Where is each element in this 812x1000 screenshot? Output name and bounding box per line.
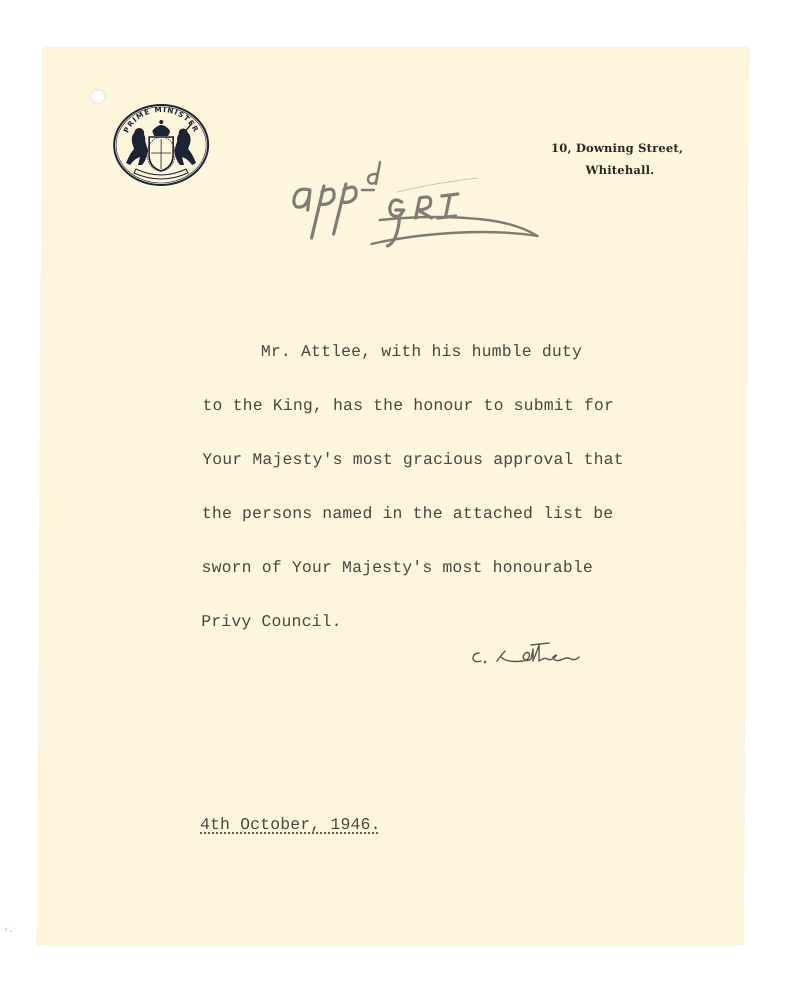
punch-hole	[90, 89, 105, 104]
letterhead-address: 10, Downing Street, Whitehall.	[542, 137, 692, 181]
body-line: to the King, has the honour to submit fo…	[202, 395, 624, 449]
letter-date: 4th October, 1946.	[200, 815, 381, 834]
letter-body: Mr. Attlee, with his humble duty to the …	[201, 341, 624, 665]
body-line: Your Majesty's most gracious approval th…	[202, 449, 624, 503]
signature-attlee: C R Attlee	[467, 637, 597, 671]
body-line: Mr. Attlee, with his humble duty	[203, 341, 625, 395]
address-line-street: 10, Downing Street,	[542, 137, 692, 159]
prime-minister-emblem-icon: PRIME MINISTER	[112, 103, 211, 187]
scan-smudge	[2, 925, 18, 935]
letter-sheet: PRIME MINISTER 10, Downing Street, White…	[37, 47, 748, 945]
address-line-district: Whitehall.	[542, 159, 692, 181]
body-line: sworn of Your Majesty's most honourable	[201, 557, 623, 611]
body-line: the persons named in the attached list b…	[202, 503, 624, 557]
handwritten-approval-annotation: appᵈ GRI	[287, 152, 548, 262]
